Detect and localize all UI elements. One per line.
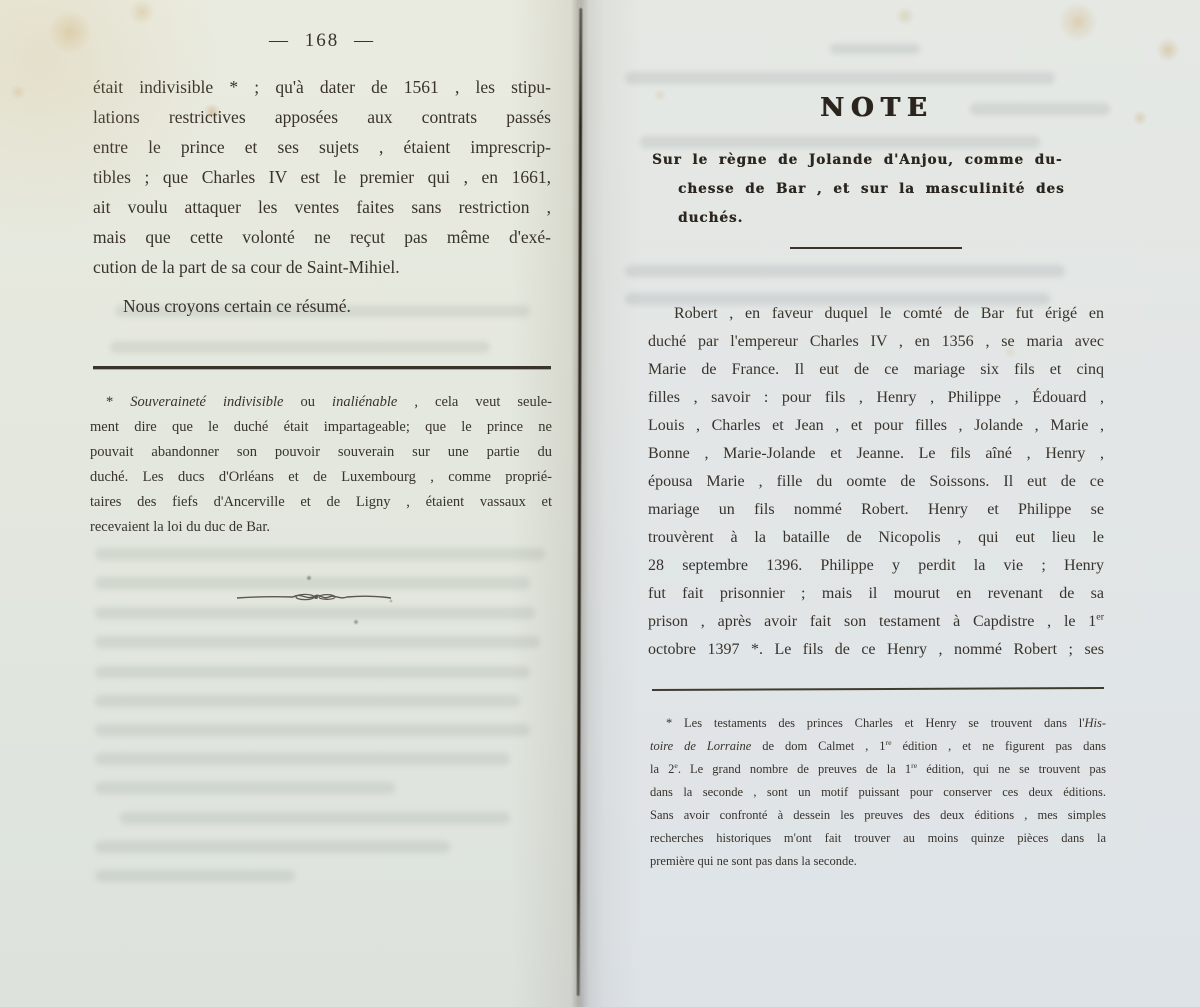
note-heading: NOTE (648, 93, 1106, 123)
bleedthrough-line (95, 666, 530, 678)
bleedthrough-line (95, 607, 535, 619)
section-rule (790, 247, 962, 249)
bleedthrough-line (625, 72, 1055, 84)
footnote-separator-right (652, 687, 1104, 691)
bleedthrough-line (95, 841, 450, 853)
bleedthrough-line (115, 305, 530, 317)
book-spread-photo: — 168 — était indivisible * ; qu'à dater… (0, 0, 1200, 1007)
bleedthrough-line (95, 548, 545, 560)
note-subtitle: Sur le règne de Jolande d'Anjou, comme d… (652, 146, 1104, 233)
bleedthrough-line (95, 870, 295, 882)
foxing-stains-left (0, 0, 580, 1007)
bleedthrough-line (95, 753, 510, 765)
bleedthrough-line (625, 265, 1065, 277)
left-footnote: * Souveraineté indivisible ou inaliénabl… (90, 390, 552, 540)
left-resume-paragraph: Nous croyons certain ce résumé. (123, 296, 551, 317)
page-number: — 168 — (93, 30, 551, 52)
right-main-paragraph: Robert , en faveur duquel le comté de Ba… (648, 300, 1104, 664)
right-footnote: * Les testaments des princes Charles et … (650, 712, 1106, 873)
bleedthrough-line (95, 695, 520, 707)
bleedthrough-line (830, 44, 920, 54)
footnote-separator-left (93, 366, 551, 369)
bleedthrough-line (95, 782, 395, 794)
bleedthrough-line (95, 636, 540, 648)
bleedthrough-line (95, 577, 530, 589)
left-main-paragraph: était indivisible * ; qu'à dater de 1561… (93, 72, 551, 282)
divider-squiggle-icon (235, 588, 395, 606)
bleedthrough-line (110, 341, 490, 353)
bleedthrough-line (120, 812, 510, 824)
bleedthrough-line (95, 724, 530, 736)
left-page: — 168 — était indivisible * ; qu'à dater… (0, 0, 580, 1007)
right-page: NOTE Sur le règne de Jolande d'Anjou, co… (580, 0, 1200, 1007)
